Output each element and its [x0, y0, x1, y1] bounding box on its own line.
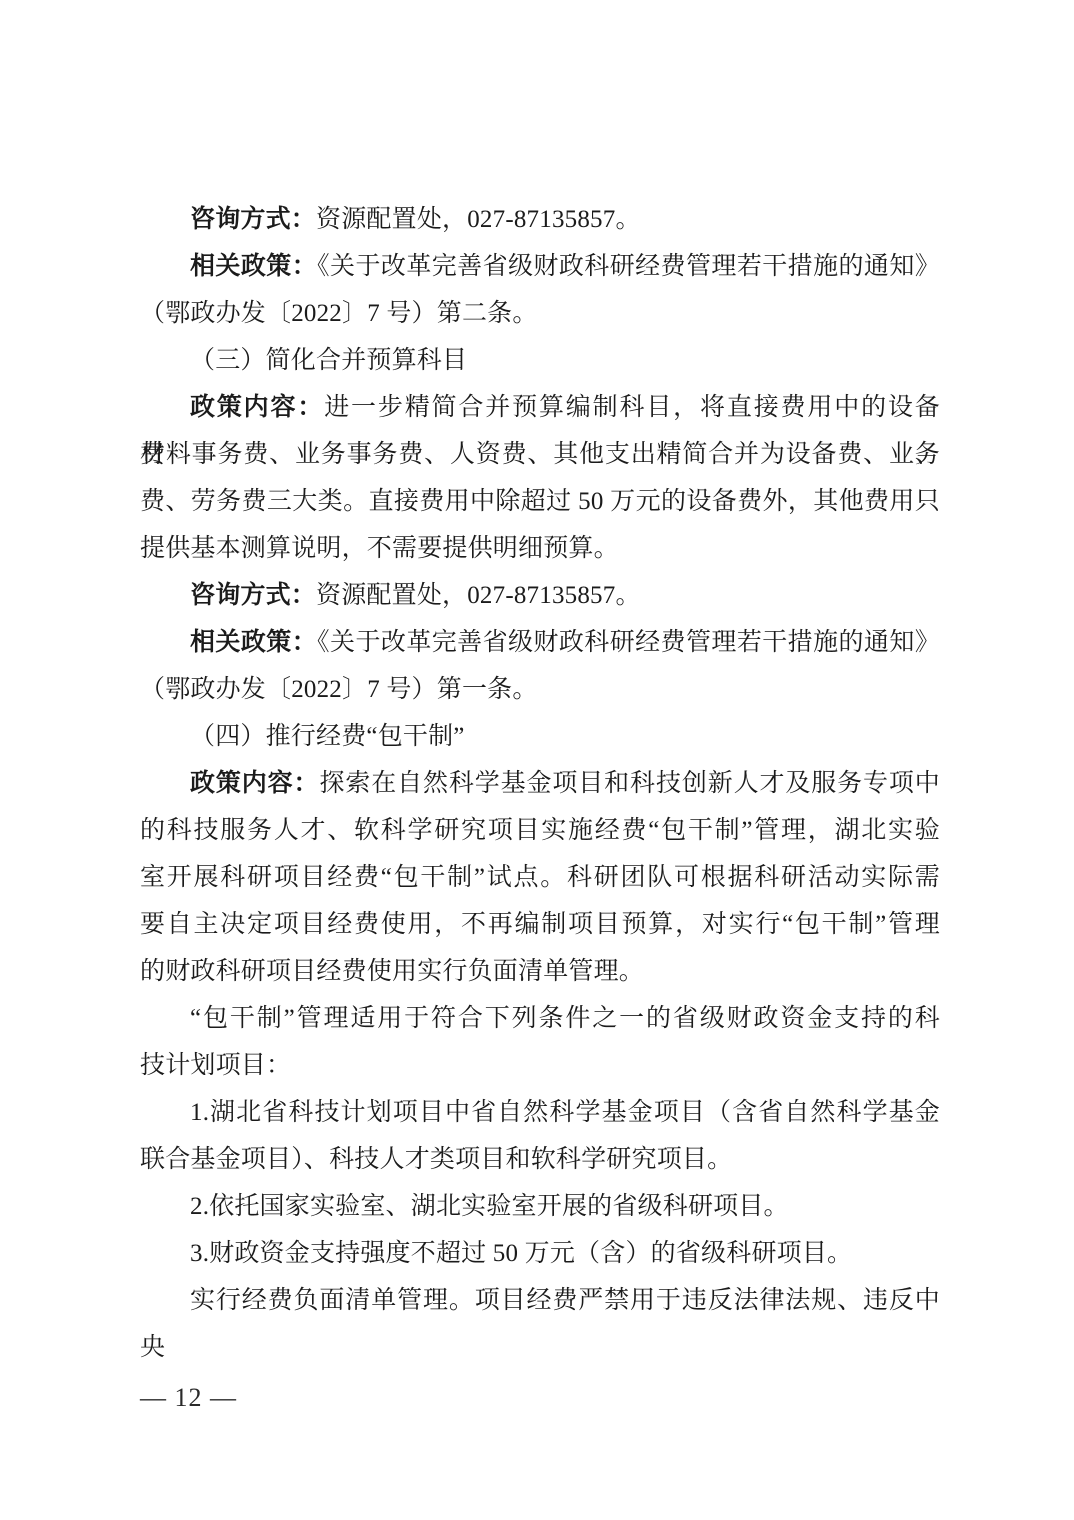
- line-text: 的财政科研项目经费使用实行负面清单管理。: [140, 958, 644, 985]
- line-text: “包干制”管理适用于符合下列条件之一的省级财政资金支持的科: [190, 1005, 940, 1032]
- text-line: 提供基本测算说明，不需要提供明细预算。: [140, 525, 940, 572]
- text-line: （三）简化合并预算科目: [140, 337, 940, 384]
- line-text: 室开展科研项目经费“包干制”试点。科研团队可根据科研活动实际需: [140, 864, 940, 891]
- line-text: （四）推行经费“包干制”: [190, 723, 465, 750]
- line-text: 费、劳务费三大类。直接费用中除超过 50 万元的设备费外，其他费用只: [140, 488, 940, 515]
- line-text: 联合基金项目）、科技人才类项目和软科学研究项目。: [140, 1146, 732, 1173]
- line-text: 资源配置处，027-87135857。: [316, 206, 641, 233]
- document-page: 咨询方式：资源配置处，027-87135857。相关政策：《关于改革完善省级财政…: [0, 0, 1074, 1520]
- text-line: 政策内容：探索在自然科学基金项目和科技创新人才及服务专项中: [140, 760, 940, 807]
- line-text: 资源配置处，027-87135857。: [316, 582, 641, 609]
- page-number: — 12 —: [140, 1383, 237, 1413]
- document-body: 咨询方式：资源配置处，027-87135857。相关政策：《关于改革完善省级财政…: [140, 196, 940, 1324]
- line-text: 1.湖北省科技计划项目中省自然科学基金项目（含省自然科学基金: [190, 1099, 940, 1126]
- text-line: 材料事务费、业务事务费、人资费、其他支出精简合并为设备费、业务: [140, 431, 940, 478]
- text-line: 技计划项目：: [140, 1042, 940, 1089]
- text-line: 相关政策：《关于改革完善省级财政科研经费管理若干措施的通知》: [140, 619, 940, 666]
- line-text: 《关于改革完善省级财政科研经费管理若干措施的通知》: [317, 629, 940, 656]
- text-line: 费、劳务费三大类。直接费用中除超过 50 万元的设备费外，其他费用只: [140, 478, 940, 525]
- text-line: 实行经费负面清单管理。项目经费严禁用于违反法律法规、违反中央: [140, 1277, 940, 1324]
- text-line: （四）推行经费“包干制”: [140, 713, 940, 760]
- line-text: 探索在自然科学基金项目和科技创新人才及服务专项中: [319, 770, 940, 797]
- paragraph-label: 政策内容：: [190, 394, 324, 421]
- text-line: 联合基金项目）、科技人才类项目和软科学研究项目。: [140, 1136, 940, 1183]
- text-line: 的财政科研项目经费使用实行负面清单管理。: [140, 948, 940, 995]
- text-line: 相关政策：《关于改革完善省级财政科研经费管理若干措施的通知》: [140, 243, 940, 290]
- paragraph-label: 相关政策：: [190, 253, 317, 280]
- text-line: 2.依托国家实验室、湖北实验室开展的省级科研项目。: [140, 1183, 940, 1230]
- line-text: 《关于改革完善省级财政科研经费管理若干措施的通知》: [317, 253, 940, 280]
- paragraph-label: 咨询方式：: [190, 206, 316, 233]
- line-text: （鄂政办发〔2022〕7 号）第一条。: [140, 676, 538, 703]
- text-line: （鄂政办发〔2022〕7 号）第一条。: [140, 666, 940, 713]
- text-line: “包干制”管理适用于符合下列条件之一的省级财政资金支持的科: [140, 995, 940, 1042]
- text-line: 3.财政资金支持强度不超过 50 万元（含）的省级科研项目。: [140, 1230, 940, 1277]
- line-text: 3.财政资金支持强度不超过 50 万元（含）的省级科研项目。: [190, 1240, 852, 1267]
- line-text: 2.依托国家实验室、湖北实验室开展的省级科研项目。: [190, 1193, 789, 1220]
- line-text: 提供基本测算说明，不需要提供明细预算。: [140, 535, 619, 562]
- text-line: （鄂政办发〔2022〕7 号）第二条。: [140, 290, 940, 337]
- text-line: 要自主决定项目经费使用，不再编制项目预算，对实行“包干制”管理: [140, 901, 940, 948]
- text-line: 的科技服务人才、软科学研究项目实施经费“包干制”管理，湖北实验: [140, 807, 940, 854]
- text-line: 政策内容：进一步精简合并预算编制科目，将直接费用中的设备费、: [140, 384, 940, 431]
- paragraph-label: 政策内容：: [190, 770, 319, 797]
- line-text: 要自主决定项目经费使用，不再编制项目预算，对实行“包干制”管理: [140, 911, 940, 938]
- text-line: 咨询方式：资源配置处，027-87135857。: [140, 572, 940, 619]
- line-text: （三）简化合并预算科目: [190, 347, 467, 374]
- line-text: 材料事务费、业务事务费、人资费、其他支出精简合并为设备费、业务: [140, 441, 940, 468]
- line-text: 的科技服务人才、软科学研究项目实施经费“包干制”管理，湖北实验: [140, 817, 940, 844]
- line-text: 实行经费负面清单管理。项目经费严禁用于违反法律法规、违反中央: [140, 1287, 940, 1361]
- line-text: （鄂政办发〔2022〕7 号）第二条。: [140, 300, 538, 327]
- text-line: 室开展科研项目经费“包干制”试点。科研团队可根据科研活动实际需: [140, 854, 940, 901]
- text-line: 咨询方式：资源配置处，027-87135857。: [140, 196, 940, 243]
- paragraph-label: 咨询方式：: [190, 582, 316, 609]
- paragraph-label: 相关政策：: [190, 629, 317, 656]
- text-line: 1.湖北省科技计划项目中省自然科学基金项目（含省自然科学基金: [140, 1089, 940, 1136]
- line-text: 技计划项目：: [140, 1052, 291, 1079]
